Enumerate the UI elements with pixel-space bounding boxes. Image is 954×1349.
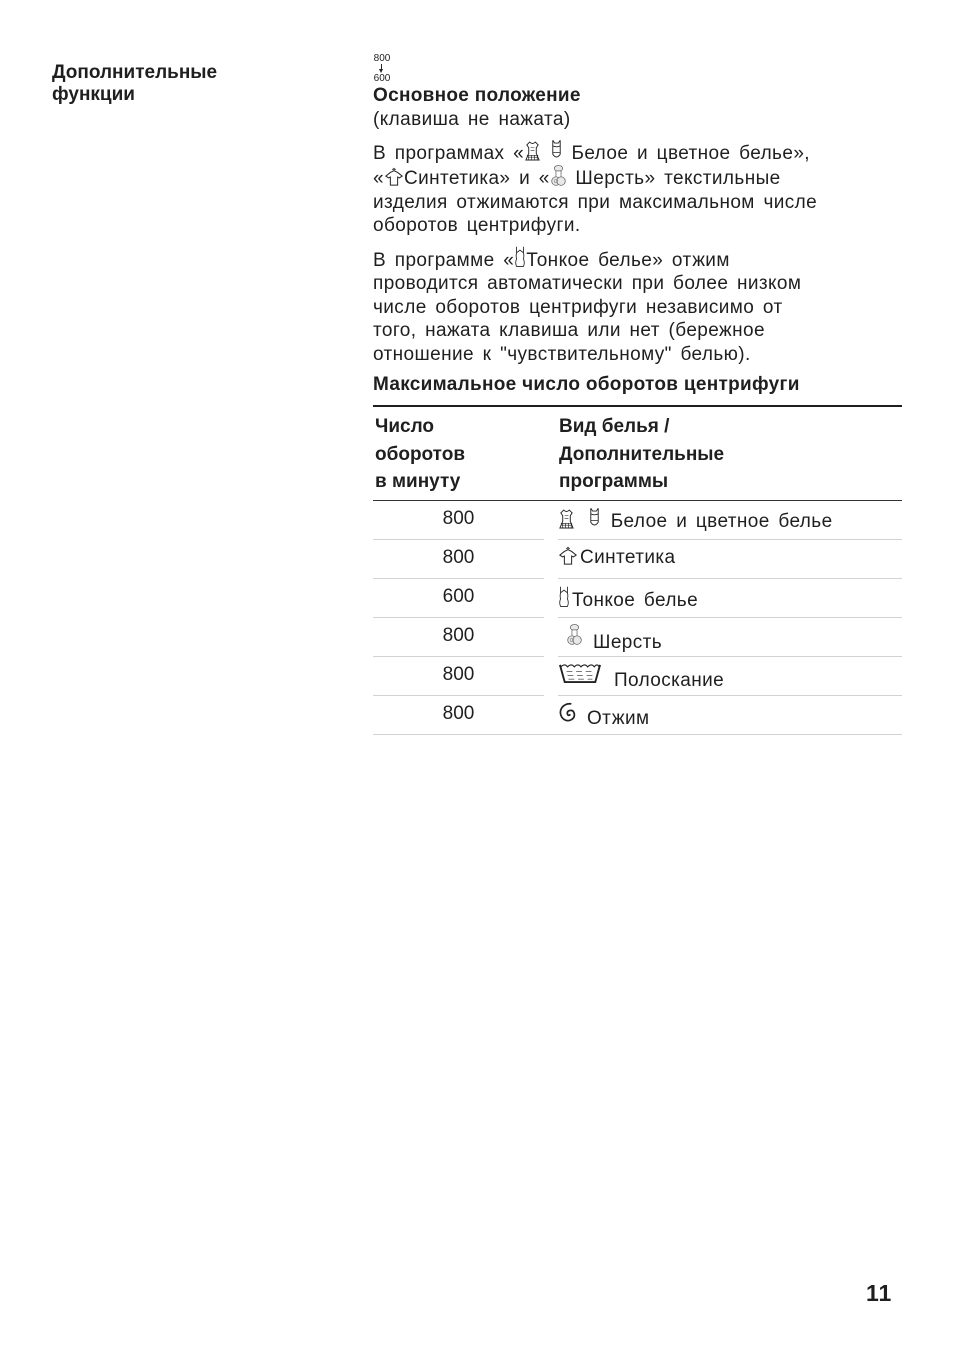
spin-icon xyxy=(558,702,579,723)
header-laundry-type: Вид белья / Дополнительные программы xyxy=(559,413,724,496)
program-name: Шерсть xyxy=(558,624,662,654)
program-name: Полоскание xyxy=(558,663,724,692)
paragraph-delicates: В программе «Тонкое белье» отжим проводи… xyxy=(373,245,903,367)
delicates-icon xyxy=(558,585,570,609)
colored-swimsuit-icon xyxy=(588,507,601,530)
synthetic-shirt-icon xyxy=(558,546,578,566)
rpm-value: 800 xyxy=(373,665,544,685)
spin-symbol-bottom: 600 xyxy=(374,73,391,84)
table-header: Число оборотов в минуту Вид белья / Допо… xyxy=(373,405,902,501)
delicates-icon xyxy=(514,245,526,269)
wool-icon xyxy=(550,165,567,187)
spin-speed-reduce-icon: 800 600 xyxy=(371,54,393,84)
section-title: Дополнительные функции xyxy=(52,62,312,106)
program-name: Отжим xyxy=(558,702,650,730)
rpm-value: 800 xyxy=(373,509,544,529)
program-name: Синтетика xyxy=(558,546,675,569)
rpm-value: 800 xyxy=(373,704,544,724)
table-row: 800 Синтетика xyxy=(373,540,902,579)
table-row: 800 Белое и цветное белье xyxy=(373,501,902,540)
rpm-value: 800 xyxy=(373,626,544,646)
colored-swimsuit-icon xyxy=(550,139,563,162)
rinse-tub-icon xyxy=(558,663,602,684)
program-name: Тонкое белье xyxy=(558,585,698,612)
table-row: 800 Отжим xyxy=(373,696,902,735)
synthetic-shirt-icon xyxy=(384,167,404,187)
arrow-down-icon xyxy=(371,64,393,74)
section-title-line1: Дополнительные xyxy=(52,62,312,84)
table-row: 800 Шерсть xyxy=(373,618,902,657)
subheading-key-not-pressed: (клавиша не нажата) xyxy=(373,108,903,132)
heading-default-position: Основное положение xyxy=(373,84,903,108)
wool-icon xyxy=(566,624,583,646)
table-row: 800 Полоскание xyxy=(373,657,902,696)
spin-symbol-top: 800 xyxy=(374,53,391,64)
rpm-value: 600 xyxy=(373,587,544,607)
header-rpm: Число оборотов в минуту xyxy=(375,413,465,496)
table-row: 600 Тонкое белье xyxy=(373,579,902,618)
cotton-dress-icon xyxy=(558,509,575,530)
section-title-line2: функции xyxy=(52,84,312,106)
program-name: Белое и цветное белье xyxy=(558,507,833,533)
paragraph-max-spin-programs: В программах « Белое и цветное белье», «… xyxy=(373,139,903,238)
page-number: 11 xyxy=(866,1280,892,1307)
spin-speed-table: Число оборотов в минуту Вид белья / Допо… xyxy=(373,405,902,735)
cotton-dress-icon xyxy=(524,141,541,162)
main-content: 800 600 Основное положение (клавиша не н… xyxy=(373,54,903,397)
table-title: Максимальное число оборотов центрифуги xyxy=(373,373,903,397)
rpm-value: 800 xyxy=(373,548,544,568)
